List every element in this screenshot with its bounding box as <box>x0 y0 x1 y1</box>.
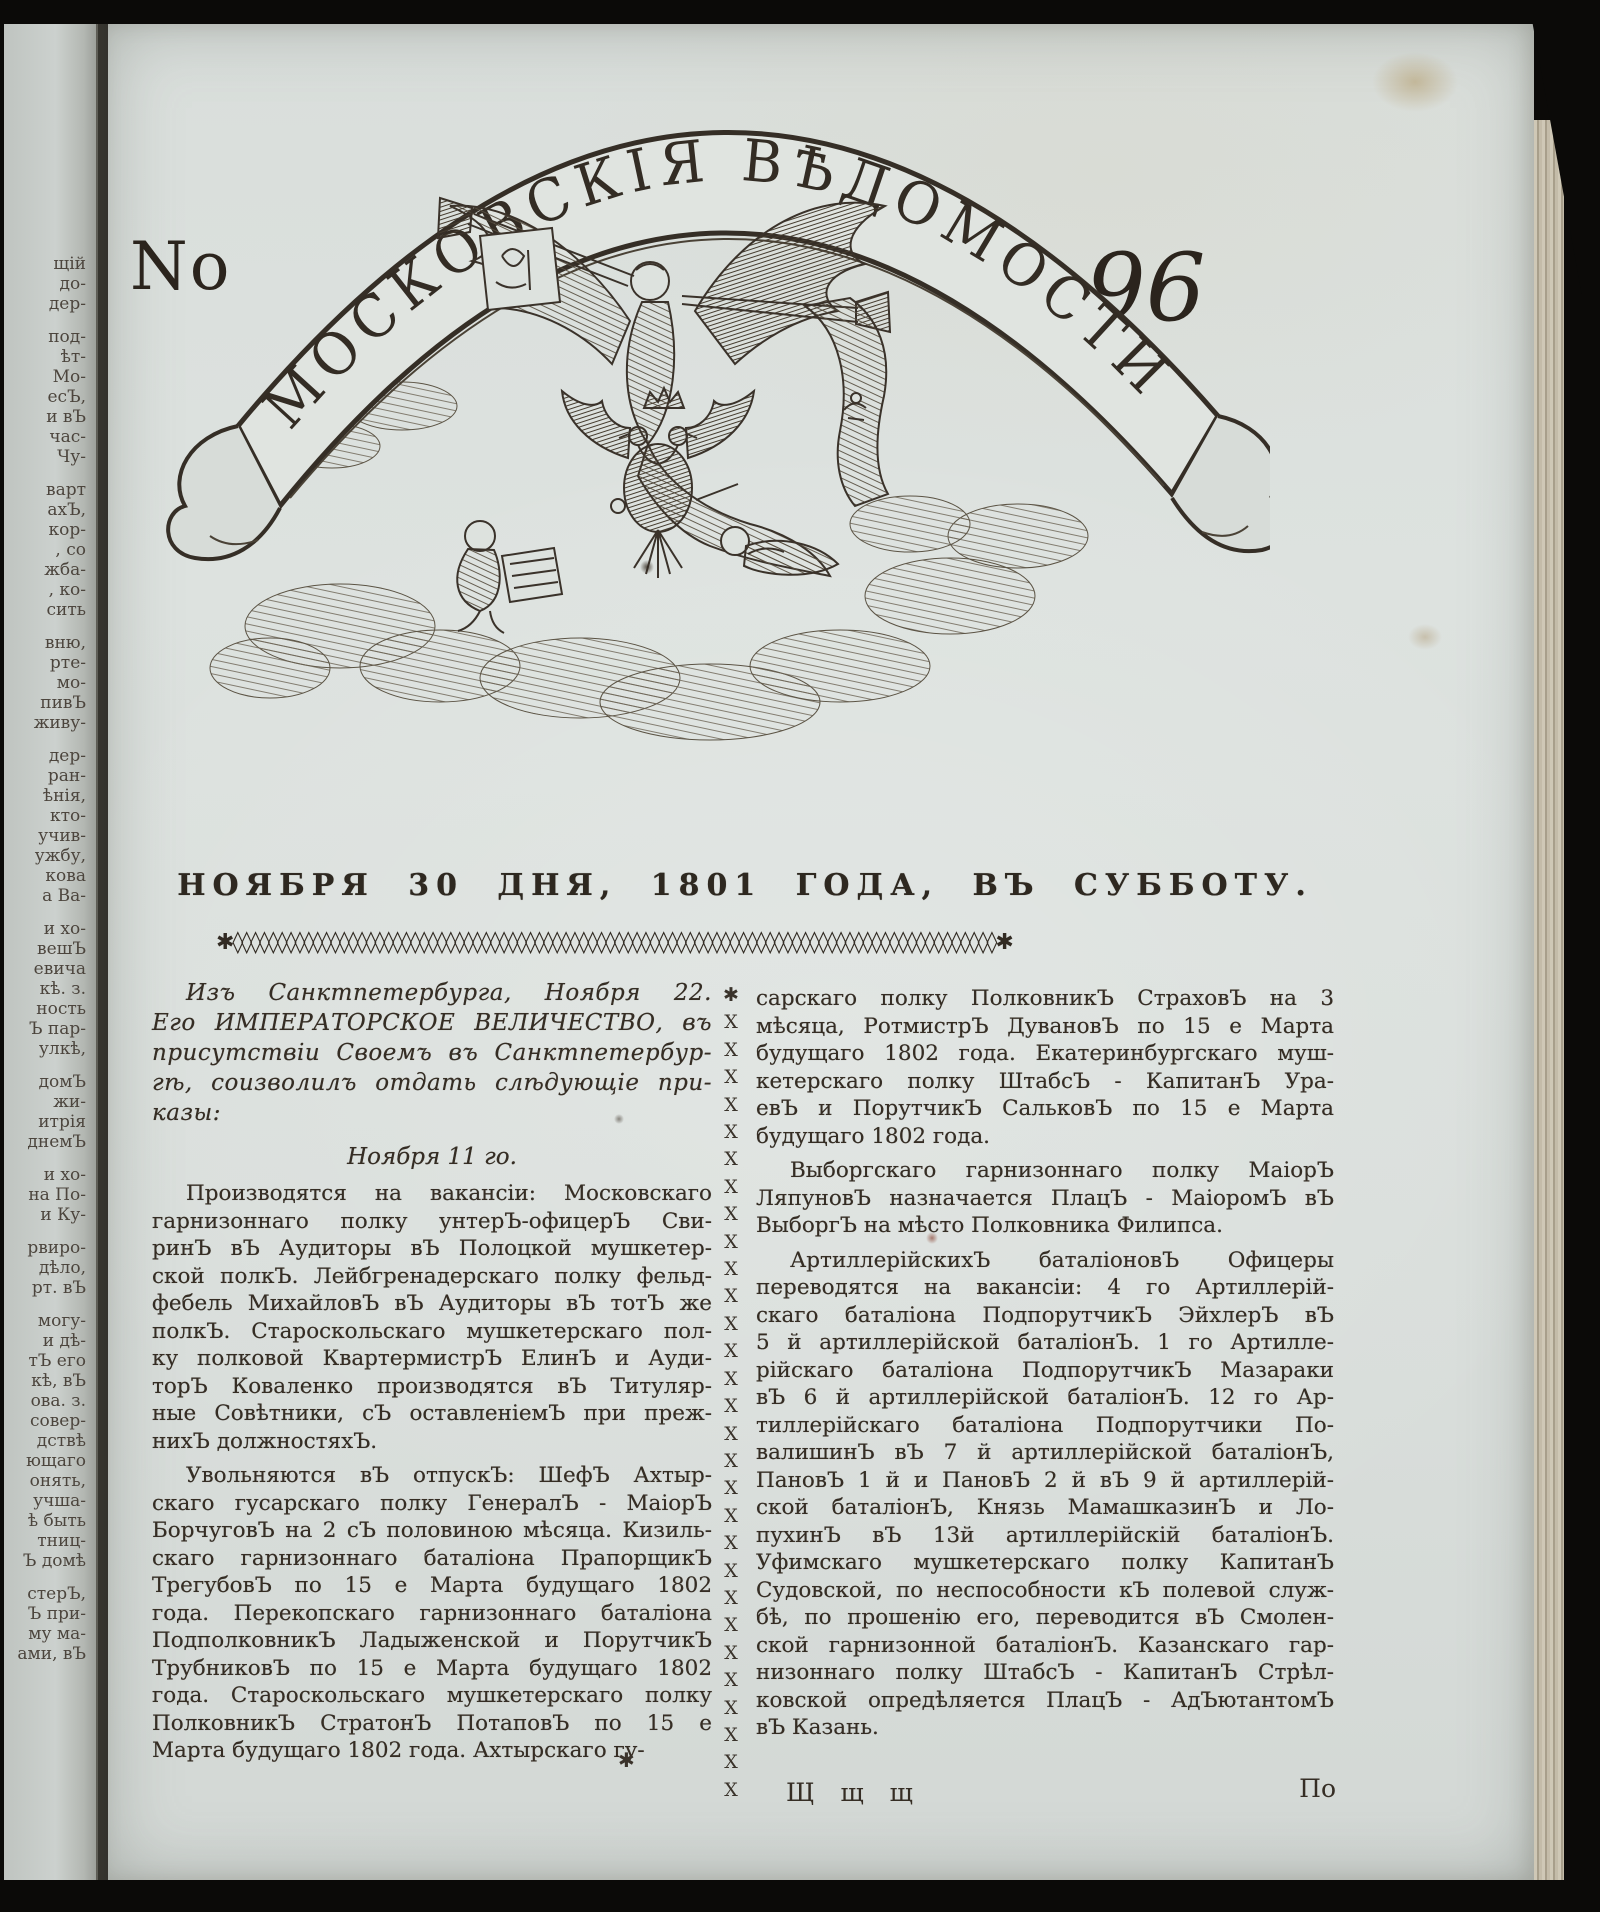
text-line: сарскаго полку ПолковникЪ СтраховЪ на 3 <box>756 985 1334 1013</box>
text-line: 5 й артиллерійской баталіонЪ. 1 го Артил… <box>756 1329 1334 1357</box>
fragment-gap <box>4 314 86 327</box>
text-line: ПодполковникЪ Ладыженской и ПорутчикЪ <box>152 1627 712 1655</box>
text-line: Производятся на вакансіи: Московскаго <box>152 1180 712 1208</box>
fragment-line: ѣ быть <box>4 1511 86 1531</box>
fragment-line: и хо- <box>4 919 86 939</box>
fragment-line: му ма- <box>4 1624 86 1644</box>
fragment-line: рт. вЪ <box>4 1278 86 1298</box>
fragment-line: дер- <box>4 746 86 766</box>
fragment-line: евича <box>4 959 86 979</box>
fragment-line: итрія <box>4 1112 86 1132</box>
text-line: вЪ Казань. <box>756 1714 1334 1742</box>
text-line: ные Совѣтники, сЪ оставленіемЪ при преж- <box>152 1400 712 1428</box>
text-line: ЛяпуновЪ назначается ПлацЪ - МаіоромЪ вЪ <box>756 1185 1334 1213</box>
fragment-line: кѣ, вЪ <box>4 1371 86 1391</box>
text-line: ской гарнизонной баталіонЪ. Казанскаго г… <box>756 1632 1334 1660</box>
fragment-line: варт <box>4 480 86 500</box>
fragment-line: онять, <box>4 1471 86 1491</box>
paragraph-body: Выборгскаго гарнизоннаго полку МаіорЪЛяп… <box>756 1157 1334 1240</box>
eagle-left-wing <box>562 391 630 458</box>
scepter-icon <box>696 484 738 500</box>
text-line: ской полкЪ. Лейбгренадерскаго полку фель… <box>152 1263 712 1291</box>
asterisk-ornament: ✱ <box>618 1748 635 1772</box>
fragment-line: кто- <box>4 806 86 826</box>
cherub-left <box>457 521 562 633</box>
fragment-line: пивЪ <box>4 693 86 713</box>
text-line: ринЪ вЪ Аудиторы вЪ Полоцкой мушкетер- <box>152 1235 712 1263</box>
fragment-line: жи- <box>4 1092 86 1112</box>
fragment-line: тниц- <box>4 1531 86 1551</box>
fragment-line: ѣнія, <box>4 786 86 806</box>
fragment-gap <box>4 467 86 480</box>
text-line: будущаго 1802 года. Екатеринбургскаго му… <box>756 1040 1334 1068</box>
fragment-line: щій <box>4 254 86 274</box>
text-line: Его ИМПЕРАТОРСКОЕ ВЕЛИЧЕСТВО, въ <box>152 1008 712 1038</box>
music-tablet <box>502 548 562 602</box>
fragment-line: учив- <box>4 826 86 846</box>
text-line: бѣ, по прошенію его, переводится вЪ Смол… <box>756 1604 1334 1632</box>
fragment-line: мо- <box>4 673 86 693</box>
text-line: года. Перекопскаго гарнизоннаго баталіон… <box>152 1600 712 1628</box>
fragment-gap <box>4 1152 86 1165</box>
text-line: низоннаго полку ШтабсЪ - КапитанЪ Стрѣл- <box>756 1659 1334 1687</box>
fragment-line: до- <box>4 274 86 294</box>
fragment-line: кор- <box>4 520 86 540</box>
crown-icon <box>644 388 684 408</box>
fragment-line: а Ва- <box>4 886 86 906</box>
fragment-line: вешЪ <box>4 939 86 959</box>
text-line: торЪ Коваленко производятся вЪ Титуляр- <box>152 1373 712 1401</box>
text-line: скаго гарнизоннаго баталіона ПрапорщикЪ <box>152 1545 712 1573</box>
fragment-line: ѣт- <box>4 347 86 367</box>
fragment-line: ужбу, <box>4 846 86 866</box>
previous-page-text-fragments: щійдо-дер-под-ѣт-Мо-есЪ,и вЪчас-Чу-варта… <box>4 254 86 1664</box>
fragment-line: домЪ <box>4 1072 86 1092</box>
paragraph-heading: Ноября 11 го. <box>152 1142 712 1172</box>
fragment-gap <box>4 1298 86 1311</box>
text-line: гарнизоннаго полку унтерЪ-офицерЪ Сви- <box>152 1208 712 1236</box>
eagle-tail <box>634 530 682 578</box>
fragment-line: , со <box>4 540 86 560</box>
fragment-line: вню, <box>4 633 86 653</box>
fragment-line: ова. з. <box>4 1391 86 1411</box>
text-line: Изъ Санктпетербурга, Ноября 22. <box>152 978 712 1008</box>
fragment-line: тЪ его <box>4 1351 86 1371</box>
horizontal-chain-divider: ✱◊◊◊◊◊◊◊◊◊◊◊◊◊◊◊◊◊◊◊◊◊◊◊◊◊◊◊◊◊◊◊◊◊◊◊◊◊◊◊… <box>216 930 1160 958</box>
text-line: присутствіи Своемъ въ Санктпетербур- <box>152 1038 712 1068</box>
text-line: пухинЪ вЪ 13й артиллерійскій баталіонЪ. <box>756 1522 1334 1550</box>
fragment-gap <box>4 1225 86 1238</box>
fragment-line: дствѣ <box>4 1431 86 1451</box>
fragment-gap <box>4 620 86 633</box>
previous-page-edge: щійдо-дер-под-ѣт-Мо-есЪ,и вЪчас-Чу-варта… <box>4 24 98 1880</box>
text-line: ку полковой КвартермистрЪ ЕлинЪ и Ауди- <box>152 1345 712 1373</box>
fragment-line: кова <box>4 866 86 886</box>
fragment-line: под- <box>4 327 86 347</box>
text-line: нихЪ должностяхЪ. <box>152 1428 712 1456</box>
text-line: ТрегубовЪ по 15 е Марта будущаго 1802 <box>152 1572 712 1600</box>
text-line: полкЪ. Староскольскаго мушкетерскаго пол… <box>152 1318 712 1346</box>
fragment-line: ющаго <box>4 1451 86 1471</box>
eagle-right-wing <box>686 391 754 458</box>
text-line: кетерскаго полку ШтабсЪ - КапитанЪ Ура- <box>756 1068 1334 1096</box>
text-line: БорчуговЪ на 2 сЪ половиною мѣсяца. Кизи… <box>152 1517 712 1545</box>
fragment-line: ахЪ, <box>4 500 86 520</box>
fragment-line: стерЪ, <box>4 1584 86 1604</box>
text-line: АртиллерійскихЪ баталіоновЪ Офицеры <box>756 1247 1334 1275</box>
fragment-line: совер- <box>4 1411 86 1431</box>
drapery-banner <box>805 298 888 506</box>
fragment-line: дѣло, <box>4 1258 86 1278</box>
fragment-line: дер- <box>4 294 86 314</box>
fragment-line: живу- <box>4 713 86 733</box>
fragment-line: и Ку- <box>4 1205 86 1225</box>
trumpet-flag <box>480 228 560 310</box>
fragment-line: есЪ, <box>4 387 86 407</box>
fragment-line: учша- <box>4 1491 86 1511</box>
fragment-line: ами, вЪ <box>4 1644 86 1664</box>
horseman-icon <box>851 393 861 403</box>
masthead-engraving: МОСКОВСКІЯ ВѢДОМОСТИ <box>150 106 1270 878</box>
text-line: ской баталіонЪ, Князь МамашказинЪ и Ло- <box>756 1494 1334 1522</box>
text-line: Уфимскаго мушкетерскаго полку КапитанЪ <box>756 1549 1334 1577</box>
fragment-line: рте- <box>4 653 86 673</box>
fragment-line: ность <box>4 999 86 1019</box>
text-line: будущаго 1802 года. <box>756 1123 1334 1151</box>
fragment-line: и хо- <box>4 1165 86 1185</box>
fragment-line: Ъ домѣ <box>4 1551 86 1571</box>
paragraph-body: Увольняются вЪ отпускЪ: ШефЪ Ахтыр-скаго… <box>152 1462 712 1765</box>
fragment-line: могу- <box>4 1311 86 1331</box>
fragment-gap <box>4 906 86 919</box>
head <box>631 262 669 300</box>
text-line: Увольняются вЪ отпускЪ: ШефЪ Ахтыр- <box>152 1462 712 1490</box>
fragment-line: сить <box>4 600 86 620</box>
text-line: Судовской, по неспособности кЪ полевой с… <box>756 1577 1334 1605</box>
text-line: ТрубниковЪ по 15 е Марта будущаго 1802 <box>152 1655 712 1683</box>
fragment-line: и вЪ <box>4 407 86 427</box>
fragment-line: Чу- <box>4 447 86 467</box>
dateline: НОЯБРЯ 30 ДНЯ, 1801 ГОДА, ВЪ СУББОТУ. <box>150 868 1340 903</box>
text-line: переводятся на вакансіи: 4 го Артиллерій… <box>756 1274 1334 1302</box>
fragment-gap <box>4 733 86 746</box>
paragraph-body: Производятся на вакансіи: Московскагогар… <box>152 1180 712 1455</box>
fragment-line: кѣ. з. <box>4 979 86 999</box>
fragment-gap <box>4 1571 86 1584</box>
column-right: сарскаго полку ПолковникЪ СтраховЪ на 3м… <box>756 978 1334 1742</box>
text-line: мѣсяца, РотмистрЪ ДувановЪ по 15 е Марта <box>756 1013 1334 1041</box>
text-line: казы: <box>152 1098 712 1128</box>
text-line: ПановЪ 1 й и ПановЪ 2 й вЪ 9 й артиллері… <box>756 1467 1334 1495</box>
eagle-body <box>624 444 692 532</box>
orb-icon <box>611 499 625 513</box>
text-line: валишинЪ вЪ 7 й артиллерійской баталіонЪ… <box>756 1439 1334 1467</box>
text-line: ПолковникЪ СтратонЪ ПотаповЪ по 15 е <box>152 1710 712 1738</box>
text-line: рійскаго баталіона ПодпорутчикЪ Мазараки <box>756 1357 1334 1385</box>
text-line: Выборгскаго гарнизоннаго полку МаіорЪ <box>756 1157 1334 1185</box>
column-chain-divider: ✱ X X X X X X X X X X X X X X X X X X X … <box>714 982 748 1804</box>
fragment-line: днемЪ <box>4 1132 86 1152</box>
fragment-line: жба- <box>4 560 86 580</box>
page-stack-edge <box>1534 120 1564 1880</box>
text-line: тиллерійскаго баталіона Подпорутчики По- <box>756 1412 1334 1440</box>
torso <box>627 302 674 444</box>
paragraph-intro: Изъ Санктпетербурга, Ноября 22.Его ИМПЕР… <box>152 978 712 1128</box>
fragment-gap <box>4 1059 86 1072</box>
signature-mark: Щ щ щ <box>786 1778 922 1807</box>
fragment-line: рвиро- <box>4 1238 86 1258</box>
paragraph-body: АртиллерійскихЪ баталіоновЪ Офицерыперев… <box>756 1247 1334 1742</box>
text-line: вЪ 6 й артиллерійской баталіонЪ. 12 го А… <box>756 1384 1334 1412</box>
fragment-line: , ко- <box>4 580 86 600</box>
catchword: По <box>1240 1774 1336 1803</box>
text-line: евЪ и ПорутчикЪ СальковЪ по 15 е Марта <box>756 1095 1334 1123</box>
text-line: года. Староскольскаго мушкетерскаго полк… <box>152 1682 712 1710</box>
paragraph-body: сарскаго полку ПолковникЪ СтраховЪ на 3м… <box>756 985 1334 1150</box>
text-line: скаго гусарскаго полку ГенералЪ - МаіорЪ <box>152 1490 712 1518</box>
text-line: фебель МихайловЪ вЪ Аудиторы вЪ тотЪ же <box>152 1290 712 1318</box>
fragment-line: Ъ при- <box>4 1604 86 1624</box>
text-line: гѣ, соизволилъ отдать слѣдующіе при- <box>152 1068 712 1098</box>
fragment-line: ран- <box>4 766 86 786</box>
fragment-line: час- <box>4 427 86 447</box>
text-line: ковской опредѣляется ПлацЪ - АдЪютантомЪ <box>756 1687 1334 1715</box>
scanned-newspaper-photo: щійдо-дер-под-ѣт-Мо-есЪ,и вЪчас-Чу-варта… <box>0 0 1600 1912</box>
fragment-line: и дѣ- <box>4 1331 86 1351</box>
fragment-line: Ъ пар- <box>4 1019 86 1039</box>
text-line: Ноября 11 го. <box>152 1142 712 1172</box>
text-line: скаго баталіона ПодпорутчикЪ ЭйхлерЪ вЪ <box>756 1302 1334 1330</box>
fragment-line: на По- <box>4 1185 86 1205</box>
fragment-line: Мо- <box>4 367 86 387</box>
fragment-line: улкѣ, <box>4 1039 86 1059</box>
text-line: ВыборгЪ на мѣсто Полковника Филипса. <box>756 1212 1334 1240</box>
column-left: Изъ Санктпетербурга, Ноября 22.Его ИМПЕР… <box>152 978 712 1765</box>
